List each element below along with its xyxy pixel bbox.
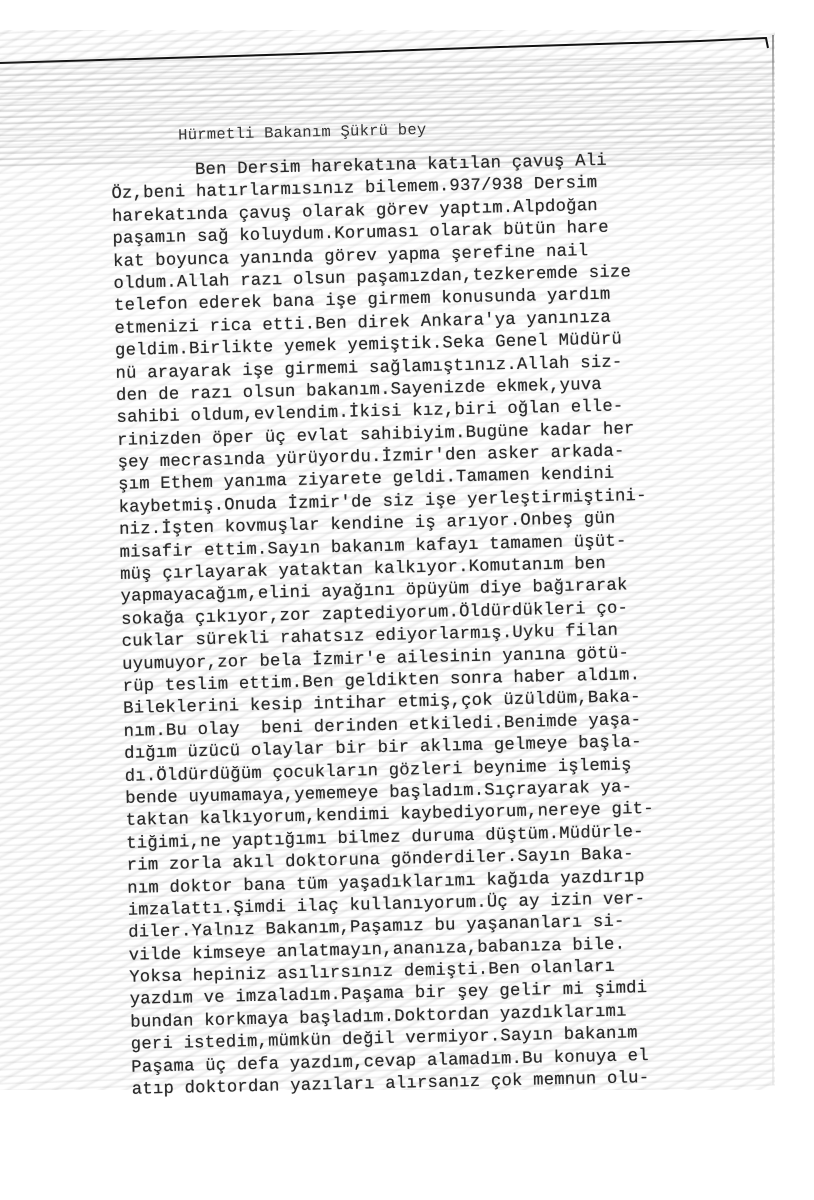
page-right-edge bbox=[772, 35, 774, 1085]
letter-lines: Ben Dersim harekatına katılan çavuş AliÖ… bbox=[111, 147, 772, 1102]
page-top-edge bbox=[0, 30, 775, 70]
letter-body: Hürmetli Bakanım Şükrü bey Ben Dersim ha… bbox=[110, 113, 772, 1102]
